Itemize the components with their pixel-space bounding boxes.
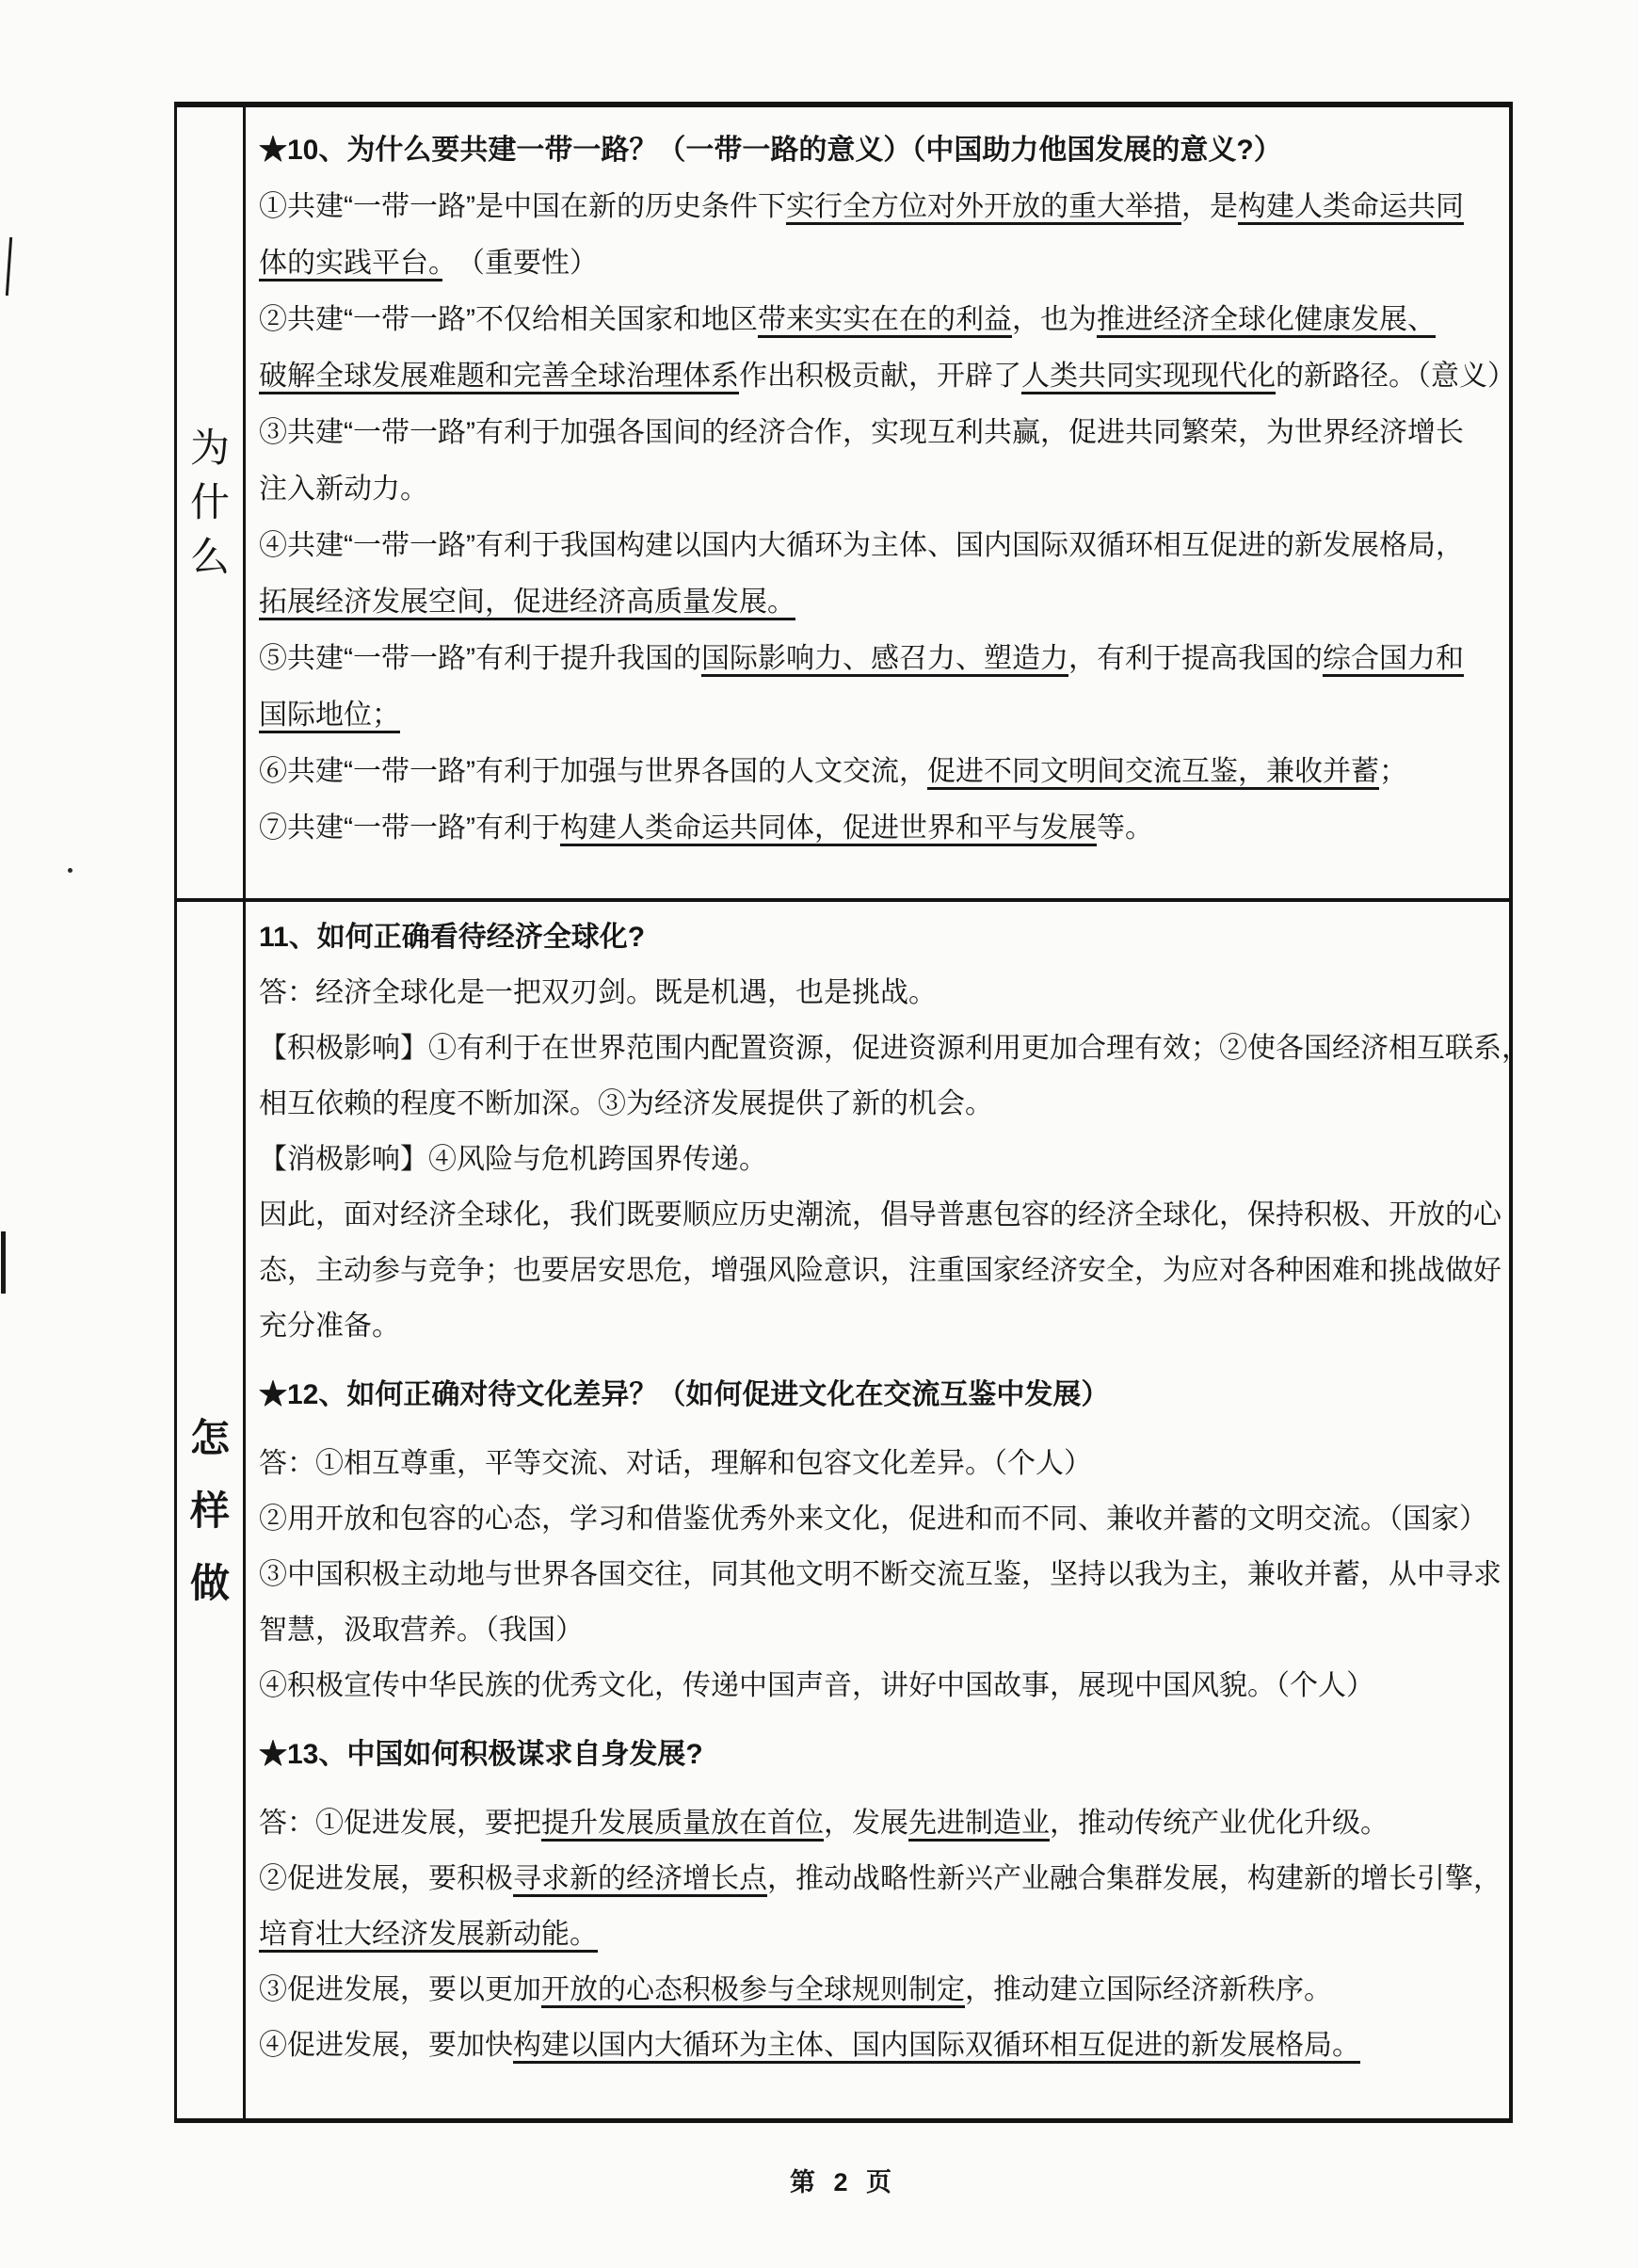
answer-line: 因此，面对经济全球化，我们既要顺应历史潮流，倡导普惠包容的经济全球化，保持积极、… bbox=[259, 1187, 1503, 1243]
question-line: ★13、中国如何积极谋求自身发展? bbox=[259, 1727, 1503, 1782]
underlined-phrase: 构建以国内大循环为主体、国内国际双循环相互促进的新发展格局。 bbox=[513, 2030, 1360, 2061]
text-segment: ； bbox=[1379, 756, 1407, 787]
text-segment: 作出积极贡献，开辟了 bbox=[739, 361, 1021, 392]
page-number: 第 2 页 bbox=[174, 2162, 1513, 2198]
answer-line: 注入新动力。 bbox=[259, 461, 1503, 518]
text-segment: ③中国积极主动地与世界各国交往，同其他文明不断交流互鉴，坚持以我为主，兼收并蓄，… bbox=[259, 1559, 1501, 1590]
text-segment: ⑥共建“一带一路”有利于加强与世界各国的人文交流， bbox=[259, 756, 927, 787]
row-label-char: 为 bbox=[190, 421, 230, 475]
text-segment: 相互依赖的程度不断加深。③为经济发展提供了新的机会。 bbox=[259, 1088, 993, 1119]
answer-line: ⑦共建“一带一路”有利于构建人类命运共同体，促进世界和平与发展等。 bbox=[259, 800, 1503, 857]
row-content-how: 11、如何正确看待经济全球化?答：经济全球化是一把双刃剑。既是机遇，也是挑战。【… bbox=[246, 902, 1509, 2118]
row-label-char: 什 bbox=[190, 475, 230, 530]
text-segment: 答：①促进发展，要把 bbox=[259, 1808, 541, 1839]
text-segment: 充分准备。 bbox=[259, 1311, 400, 1342]
underlined-phrase: 带来实实在在的利益 bbox=[758, 304, 1012, 335]
answer-line: ②促进发展，要积极寻求新的经济增长点，推动战略性新兴产业融合集群发展，构建新的增… bbox=[259, 1851, 1503, 1906]
document-page: 为什么 ★10、为什么要共建一带一路？（一带一路的意义）（中国助力他国发展的意义… bbox=[0, 0, 1638, 2268]
answer-line: ②用开放和包容的心态，学习和借鉴优秀外来文化，促进和而不同、兼收并蓄的文明交流。… bbox=[259, 1491, 1503, 1547]
text-segment: 答：经济全球化是一把双刃剑。既是机遇，也是挑战。 bbox=[259, 977, 937, 1008]
underlined-phrase: 国际影响力、感召力、塑造力 bbox=[701, 643, 1068, 674]
text-segment: ★13、中国如何积极谋求自身发展? bbox=[259, 1739, 703, 1770]
text-segment: ，也为 bbox=[1012, 304, 1097, 335]
underlined-phrase: 开放的心态积极参与全球规则制定 bbox=[541, 1974, 965, 2005]
text-segment: ③共建“一带一路”有利于加强各国间的经济合作，实现互利共赢，促进共同繁荣，为世界… bbox=[259, 417, 1464, 448]
scan-artifact-mark bbox=[6, 237, 12, 296]
text-segment: ，推动传统产业优化升级。 bbox=[1050, 1808, 1389, 1839]
text-segment: ，推动建立国际经济新秩序。 bbox=[965, 1974, 1332, 2005]
text-segment: 因此，面对经济全球化，我们既要顺应历史潮流，倡导普惠包容的经济全球化，保持积极、… bbox=[259, 1199, 1501, 1231]
underlined-phrase: 拓展经济发展空间，促进经济高质量发展。 bbox=[259, 587, 795, 618]
text-segment: 【积极影响】①有利于在世界范围内配置资源，促进资源利用更加合理有效；②使各国经济… bbox=[259, 1033, 1509, 1064]
row-label-char: 怎 bbox=[190, 1402, 230, 1474]
text-segment: ★10、为什么要共建一带一路？（一带一路的意义）（中国助力他国发展的意义?） bbox=[259, 135, 1282, 166]
underlined-phrase: 体的实践平台。 bbox=[259, 248, 442, 279]
text-segment: ，有利于提高我国的 bbox=[1068, 643, 1323, 674]
text-segment: 等。 bbox=[1097, 812, 1153, 844]
answer-line: 答：①相互尊重，平等交流、对话，理解和包容文化差异。（个人） bbox=[259, 1436, 1503, 1491]
text-segment: ⑦共建“一带一路”有利于 bbox=[259, 812, 560, 844]
underlined-phrase: 寻求新的经济增长点 bbox=[513, 1863, 767, 1894]
text-segment: 态，主动参与竞争；也要居安思危，增强风险意识，注重国家经济安全，为应对各种困难和… bbox=[259, 1255, 1501, 1286]
underlined-phrase: 综合国力和 bbox=[1323, 643, 1464, 674]
text-segment: ★12、如何正确对待文化差异？（如何促进文化在交流互鉴中发展） bbox=[259, 1379, 1109, 1410]
text-segment: ，推动战略性新兴产业融合集群发展，构建新的增长引擎， bbox=[767, 1863, 1501, 1894]
answer-line: ④促进发展，要加快构建以国内大循环为主体、国内国际双循环相互促进的新发展格局。 bbox=[259, 2018, 1503, 2073]
answer-line: 【消极影响】④风险与危机跨国界传递。 bbox=[259, 1132, 1503, 1187]
underlined-phrase: 推进经济全球化健康发展、 bbox=[1097, 304, 1436, 335]
underlined-phrase: 国际地位； bbox=[259, 700, 400, 731]
answer-line: 智慧，汲取营养。（我国） bbox=[259, 1602, 1503, 1658]
table-row-why: 为什么 ★10、为什么要共建一带一路？（一带一路的意义）（中国助力他国发展的意义… bbox=[177, 107, 1509, 902]
text-segment: 智慧，汲取营养。（我国） bbox=[259, 1615, 584, 1646]
question-line: ★12、如何正确对待文化差异？（如何促进文化在交流互鉴中发展） bbox=[259, 1367, 1503, 1423]
underlined-phrase: 构建人类命运共同 bbox=[1238, 191, 1464, 222]
answer-line: 答：①促进发展，要把提升发展质量放在首位，发展先进制造业，推动传统产业优化升级。 bbox=[259, 1795, 1503, 1851]
answer-line: ⑥共建“一带一路”有利于加强与世界各国的人文交流，促进不同文明间交流互鉴，兼收并… bbox=[259, 744, 1503, 800]
text-segment: 的新路径。（意义） bbox=[1276, 361, 1509, 392]
row-label-char: 做 bbox=[190, 1547, 230, 1619]
answer-line: 相互依赖的程度不断加深。③为经济发展提供了新的机会。 bbox=[259, 1076, 1503, 1132]
row-label-why: 为什么 bbox=[177, 107, 246, 898]
answer-line: 拓展经济发展空间，促进经济高质量发展。 bbox=[259, 574, 1503, 631]
qa-table: 为什么 ★10、为什么要共建一带一路？（一带一路的意义）（中国助力他国发展的意义… bbox=[174, 102, 1513, 2123]
answer-line: ⑤共建“一带一路”有利于提升我国的国际影响力、感召力、塑造力，有利于提高我国的综… bbox=[259, 631, 1503, 687]
row-label-char: 样 bbox=[190, 1474, 230, 1547]
text-segment: 注入新动力。 bbox=[259, 474, 428, 505]
answer-line: 培育壮大经济发展新动能。 bbox=[259, 1906, 1503, 1962]
answer-line: ③共建“一带一路”有利于加强各国间的经济合作，实现互利共赢，促进共同繁荣，为世界… bbox=[259, 405, 1503, 461]
answer-line: 充分准备。 bbox=[259, 1298, 1503, 1354]
underlined-phrase: 人类共同实现现代化 bbox=[1021, 361, 1276, 392]
underlined-phrase: 破解全球发展难题和完善全球治理体系 bbox=[259, 361, 739, 392]
row-content-why: ★10、为什么要共建一带一路？（一带一路的意义）（中国助力他国发展的意义?）①共… bbox=[246, 107, 1509, 898]
answer-line: ②共建“一带一路”不仅给相关国家和地区带来实实在在的利益，也为推进经济全球化健康… bbox=[259, 292, 1503, 348]
row-label-char: 么 bbox=[190, 530, 230, 585]
answer-line: ④积极宣传中华民族的优秀文化，传递中国声音，讲好中国故事，展现中国风貌。（个人） bbox=[259, 1658, 1503, 1713]
table-row-how: 怎样做 11、如何正确看待经济全球化?答：经济全球化是一把双刃剑。既是机遇，也是… bbox=[177, 902, 1509, 2118]
text-segment: ②用开放和包容的心态，学习和借鉴优秀外来文化，促进和而不同、兼收并蓄的文明交流。… bbox=[259, 1504, 1487, 1535]
answer-line: 国际地位； bbox=[259, 687, 1503, 744]
text-segment: ④共建“一带一路”有利于我国构建以国内大循环为主体、国内国际双循环相互促进的新发… bbox=[259, 530, 1464, 561]
text-segment: ，发展 bbox=[824, 1808, 908, 1839]
text-segment: ②共建“一带一路”不仅给相关国家和地区 bbox=[259, 304, 758, 335]
scan-artifact-line bbox=[1, 1231, 6, 1294]
text-segment: ③促进发展，要以更加 bbox=[259, 1974, 541, 2005]
answer-line: 【积极影响】①有利于在世界范围内配置资源，促进资源利用更加合理有效；②使各国经济… bbox=[259, 1021, 1503, 1076]
answer-line: ④共建“一带一路”有利于我国构建以国内大循环为主体、国内国际双循环相互促进的新发… bbox=[259, 518, 1503, 574]
underlined-phrase: 促进不同文明间交流互鉴，兼收并蓄 bbox=[927, 756, 1379, 787]
answer-line: 破解全球发展难题和完善全球治理体系作出积极贡献，开辟了人类共同实现现代化的新路径… bbox=[259, 348, 1503, 405]
text-segment: （重要性） bbox=[442, 248, 598, 279]
text-segment: ⑤共建“一带一路”有利于提升我国的 bbox=[259, 643, 701, 674]
answer-line: ③促进发展，要以更加开放的心态积极参与全球规则制定，推动建立国际经济新秩序。 bbox=[259, 1962, 1503, 2018]
underlined-phrase: 培育壮大经济发展新动能。 bbox=[259, 1919, 598, 1950]
question-line: ★10、为什么要共建一带一路？（一带一路的意义）（中国助力他国发展的意义?） bbox=[259, 122, 1503, 179]
underlined-phrase: 先进制造业 bbox=[908, 1808, 1050, 1839]
row-label-how: 怎样做 bbox=[177, 902, 246, 2118]
answer-line: ③中国积极主动地与世界各国交往，同其他文明不断交流互鉴，坚持以我为主，兼收并蓄，… bbox=[259, 1547, 1503, 1602]
text-segment: 11、如何正确看待经济全球化? bbox=[259, 922, 645, 953]
underlined-phrase: 构建人类命运共同体，促进世界和平与发展 bbox=[560, 812, 1097, 844]
underlined-phrase: 实行全方位对外开放的重大举措 bbox=[786, 191, 1181, 222]
text-segment: ②促进发展，要积极 bbox=[259, 1863, 513, 1894]
text-segment: 【消极影响】④风险与危机跨国界传递。 bbox=[259, 1144, 767, 1175]
scan-artifact-dot bbox=[68, 868, 72, 873]
text-segment: ①共建“一带一路”是中国在新的历史条件下 bbox=[259, 191, 786, 222]
text-segment: ④促进发展，要加快 bbox=[259, 2030, 513, 2061]
text-segment: ④积极宣传中华民族的优秀文化，传递中国声音，讲好中国故事，展现中国风貌。（个人） bbox=[259, 1670, 1374, 1701]
text-segment: ，是 bbox=[1181, 191, 1238, 222]
answer-line: 态，主动参与竞争；也要居安思危，增强风险意识，注重国家经济安全，为应对各种困难和… bbox=[259, 1243, 1503, 1298]
text-segment: 答：①相互尊重，平等交流、对话，理解和包容文化差异。（个人） bbox=[259, 1448, 1092, 1479]
underlined-phrase: 提升发展质量放在首位 bbox=[541, 1808, 824, 1839]
answer-line: ①共建“一带一路”是中国在新的历史条件下实行全方位对外开放的重大举措，是构建人类… bbox=[259, 179, 1503, 235]
answer-line: 体的实践平台。 （重要性） bbox=[259, 235, 1503, 292]
answer-line: 答：经济全球化是一把双刃剑。既是机遇，也是挑战。 bbox=[259, 965, 1503, 1021]
question-line: 11、如何正确看待经济全球化? bbox=[259, 909, 1503, 965]
